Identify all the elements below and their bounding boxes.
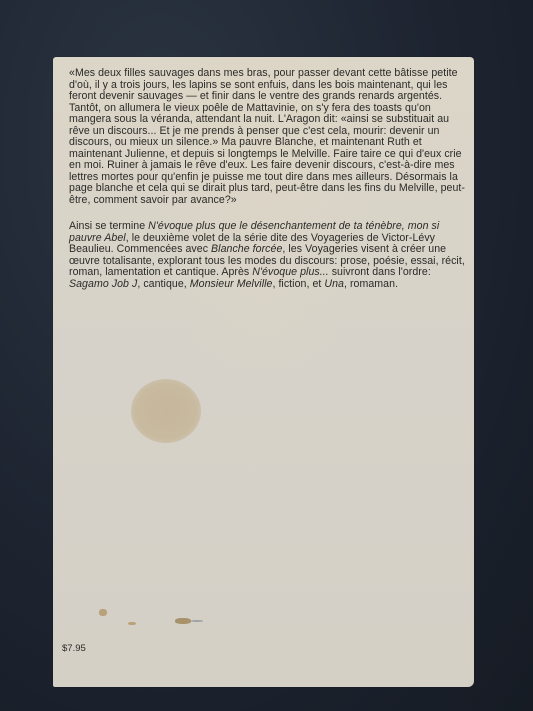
stain-speck [99,609,107,616]
book-title: Sagamo Job J [69,278,137,290]
summary-text: , romaman. [344,278,398,290]
book-title: Una [324,278,344,290]
stain-speck [191,620,203,622]
quote-paragraph: «Mes deux filles sauvages dans mes bras,… [69,68,471,206]
book-title: Monsieur Melville [190,278,273,290]
summary-text: suivront dans l'ordre: [329,266,431,278]
book-title: N'évoque plus... [252,266,328,278]
summary-text: , fiction, et [272,278,324,290]
blurb-text: «Mes deux filles sauvages dans mes bras,… [69,68,471,290]
book-back-cover: «Mes deux filles sauvages dans mes bras,… [53,57,474,687]
summary-paragraph: Ainsi se termine N'évoque plus que le dé… [69,221,471,290]
coffee-stain [131,379,201,443]
book-title: Blanche forcée [211,243,282,255]
price-label: $7.95 [62,643,86,654]
summary-text: , cantique, [137,278,189,290]
stain-speck [128,622,136,625]
stain-speck [175,618,191,624]
summary-text: Ainsi se termine [69,220,148,232]
